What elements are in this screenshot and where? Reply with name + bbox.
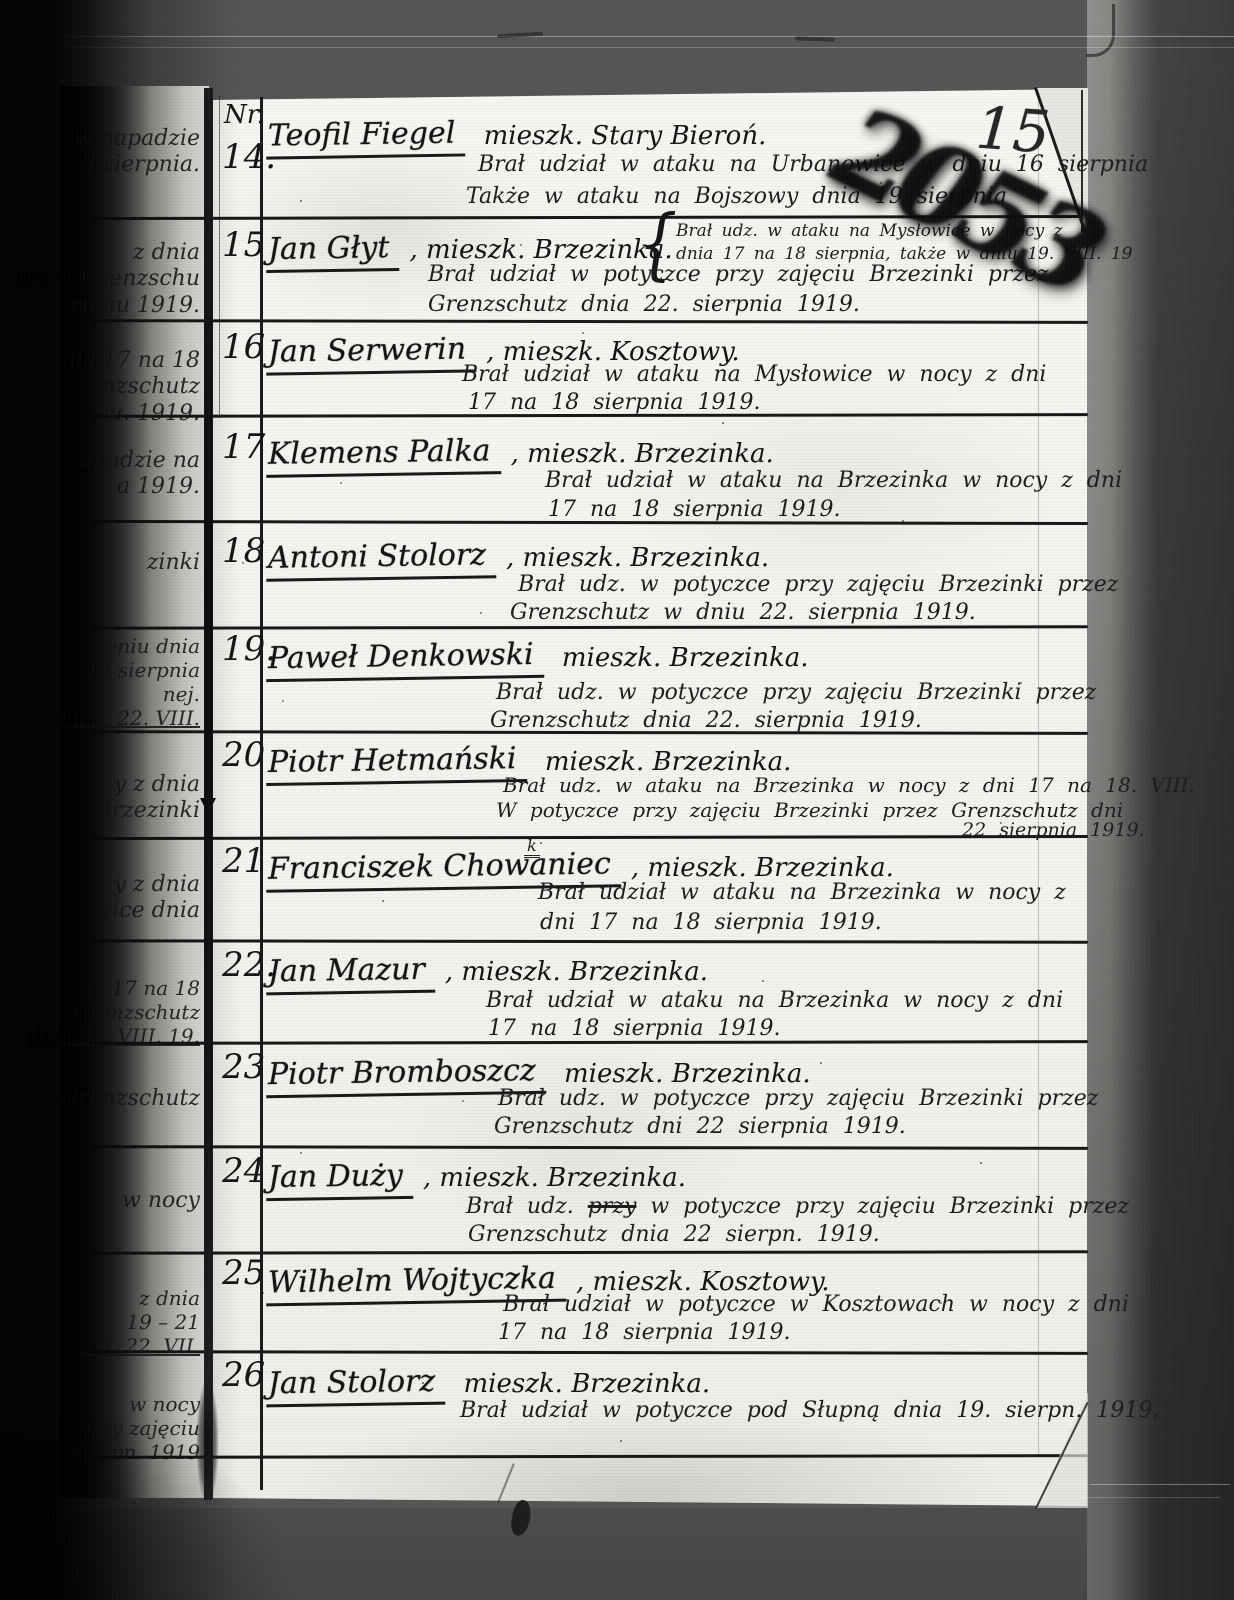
entry-number: 18	[222, 534, 265, 568]
fragment-line: ia 17 na 18	[29, 976, 200, 1000]
fragment-line: w napadzie	[74, 126, 200, 152]
fragment-line: 18 sierpnia	[60, 658, 200, 682]
entry-note: Brał udz. w ataku na Brzezinka w nocy z …	[503, 774, 1195, 797]
entry-name: Piotr Hetmański	[266, 742, 527, 786]
left-page-fragment: w nocy przy zajęciu sierpn. 1919	[73, 1392, 200, 1464]
left-page-fragment: y z dnia Brzezinki	[96, 772, 200, 825]
left-page-fragment: w napadzie 8 sierpnia.	[74, 126, 200, 179]
book-spine-shadow	[196, 1378, 219, 1506]
entry-name: Klemens Palka	[266, 434, 501, 478]
insertion-mark: k	[524, 836, 540, 858]
entry-residence: , mieszk. Brzezinka.	[511, 439, 774, 469]
left-page-fragment: z dnia 19 – 21 z. d. 22. VII.	[76, 1286, 200, 1358]
entry-note: 17 na 18 sierpnia 1919.	[548, 497, 841, 522]
fragment-line: a 1919.	[80, 474, 200, 500]
fragment-line: w nocy	[73, 1392, 200, 1416]
entry-name: Jan Serwerin	[266, 332, 477, 375]
entry-number: 21	[222, 844, 265, 878]
fragment-line: ku d. 22. VIII.	[60, 706, 200, 730]
fragment-line: z dnia	[13, 240, 200, 266]
dust-specks	[0, 0, 2, 2]
page-number: 15	[974, 94, 1052, 167]
entry-note: 17 na 18 sierpnia 1919.	[498, 1320, 791, 1345]
entry-residence: , mieszk. Brzezinka.	[409, 235, 672, 265]
book-spine	[204, 88, 213, 1500]
entry-note: Grenzschutz dni 22 sierpnia 1919.	[494, 1114, 906, 1139]
entry-number: 15	[222, 228, 265, 262]
entry-residence: mieszk. Brzezinka.	[556, 1059, 811, 1089]
fragment-line: 8 sierpnia.	[74, 152, 200, 178]
entry-residence: mieszk. Stary Bieroń.	[475, 121, 766, 151]
entry-name: Jan Głyt	[266, 231, 400, 273]
entry-residence: , mieszk. Brzezinka.	[506, 543, 769, 573]
fragment-line: Grenzschutz	[61, 1086, 200, 1112]
fragment-line: w nocy	[122, 1188, 200, 1214]
note-text: Brał udz.	[466, 1194, 588, 1219]
fragment-line: przez Grenzschu	[13, 266, 200, 292]
fragment-line: eniu dnia	[60, 634, 200, 658]
left-page-fragment: ia 17 na 18 Grenzschutz dnia 22. VIII. 1…	[29, 976, 200, 1048]
fragment-line: nej.	[60, 682, 200, 706]
entry-residence: , mieszk. Brzezinka.	[423, 1163, 686, 1193]
entry-name: Antoni Stolorz	[266, 538, 497, 582]
entry-note: Grenzschutz dnia 22. sierpnia 1919.	[490, 708, 922, 733]
scanned-register-page: w napadzie 8 sierpnia. z dnia przez Gren…	[0, 0, 1234, 1600]
entry-number: 23	[222, 1050, 265, 1084]
fragment-line: y z dnia	[96, 772, 200, 798]
fragment-line: y z dnia	[93, 872, 200, 898]
left-page-fragment: y z dnia wice dnia	[93, 872, 200, 925]
entry-number: 25	[222, 1256, 265, 1290]
entry-number: 26	[222, 1358, 265, 1392]
entry-residence: , mieszk. Brzezinka.	[445, 957, 708, 987]
scratch-line	[1080, 1497, 1220, 1498]
fragment-line: z. d. 22. VII.	[76, 1334, 200, 1358]
entry-residence: , mieszk. Brzezinka.	[631, 853, 894, 883]
left-page-fragment: zinki	[147, 550, 200, 576]
fragment-line: Grenzschutz	[29, 1000, 200, 1024]
fragment-line: zinki	[147, 550, 200, 576]
fragment-line: przy zajęciu	[73, 1416, 200, 1440]
fragment-line: apadzie na	[80, 448, 200, 474]
entry-residence: mieszk. Brzezinka.	[455, 1369, 710, 1399]
left-page-fragment: w nocy	[122, 1188, 200, 1214]
entry-note: Brał udział w ataku na Mysłowice w nocy …	[462, 362, 1046, 387]
page-edge-crease	[219, 96, 220, 418]
entry-name: Jan Mazur	[266, 953, 435, 996]
entry-residence: mieszk. Brzezinka.	[554, 643, 809, 673]
entry-name: Jan Duży	[266, 1159, 414, 1201]
entry-note: Brał udział w ataku na Brzezinka w nocy …	[545, 468, 1122, 493]
entry-note: Brał udz. przy w potyczce przy zajęciu B…	[466, 1194, 1129, 1219]
ink-dash	[795, 36, 835, 41]
entry-note: Brał udział w potyczce pod Słupną dnia 1…	[460, 1398, 1159, 1423]
fragment-line: sierpn. 1919	[73, 1440, 200, 1464]
entry-note: dni 17 na 18 sierpnia 1919.	[540, 910, 882, 935]
entry-note: Brał udz. w potyczce przy zajęciu Brzezi…	[518, 572, 1118, 597]
entry-note: Grenzschutz w dniu 22. sierpnia 1919.	[510, 600, 976, 625]
struck-word: przy	[588, 1194, 637, 1219]
entry-name: Paweł Denkowski	[266, 638, 544, 682]
fragment-line: 19 – 21	[76, 1310, 200, 1334]
entry-note: 22 sierpnia 1919.	[962, 820, 1145, 842]
ink-dash	[497, 32, 543, 38]
scan-bottom-margin	[0, 1508, 1234, 1600]
entry-name: Teofil Fiegel	[266, 116, 466, 159]
entry-note: Brał udział w potyczce w Kosztowach w no…	[503, 1292, 1129, 1317]
entry-number: 17	[222, 430, 265, 464]
left-page-fragment: apadzie na a 1919.	[80, 448, 200, 501]
fragment-line: Brzezinki	[96, 798, 200, 824]
scratch-line	[1090, 1484, 1230, 1485]
scratch-line	[0, 36, 1234, 37]
nr-column-header: Nr.	[224, 102, 265, 128]
fragment-line: nia 17 na 18	[61, 348, 200, 374]
left-page-fragment: z dnia przez Grenzschu rpniu 1919.	[13, 240, 200, 319]
entry-note: Grenzschutz dnia 22. sierpnia 1919.	[428, 292, 860, 317]
entry-note: Grenzschutz dnia 22 sierpn. 1919.	[468, 1222, 880, 1247]
scratch-line	[0, 47, 1234, 48]
entry-note: 17 na 18 sierpnia 1919.	[468, 390, 761, 415]
entry-note: 17 na 18 sierpnia 1919.	[488, 1016, 781, 1041]
spine-arrow-mark	[200, 798, 216, 814]
left-page-fragment: Grenzschutz	[61, 1086, 200, 1112]
fragment-line: wice dnia	[93, 898, 200, 924]
entry-note: Brał udz. w potyczce przy zajęciu Brzezi…	[498, 1086, 1098, 1111]
entry-number: 24	[222, 1154, 265, 1188]
fragment-line: z dnia	[76, 1286, 200, 1310]
entry-note: Brał udział w ataku na Brzezinka w nocy …	[538, 880, 1066, 905]
entry-number: 20	[222, 738, 265, 772]
entry-note: Brał udz. w potyczce przy zajęciu Brzezi…	[496, 680, 1096, 705]
entry-note: Brał udział w ataku na Brzezinka w nocy …	[486, 988, 1063, 1013]
entry-number: 16	[222, 330, 265, 364]
note-text: w potyczce przy zajęciu Brzezinki przez	[636, 1194, 1129, 1219]
left-page-fragment: eniu dnia 18 sierpnia nej. ku d. 22. VII…	[60, 634, 200, 730]
fragment-line: rpniu 1919.	[13, 293, 200, 319]
entry-name: Jan Stolorz	[266, 1365, 446, 1408]
fragment-line: nzschutz	[61, 374, 200, 400]
